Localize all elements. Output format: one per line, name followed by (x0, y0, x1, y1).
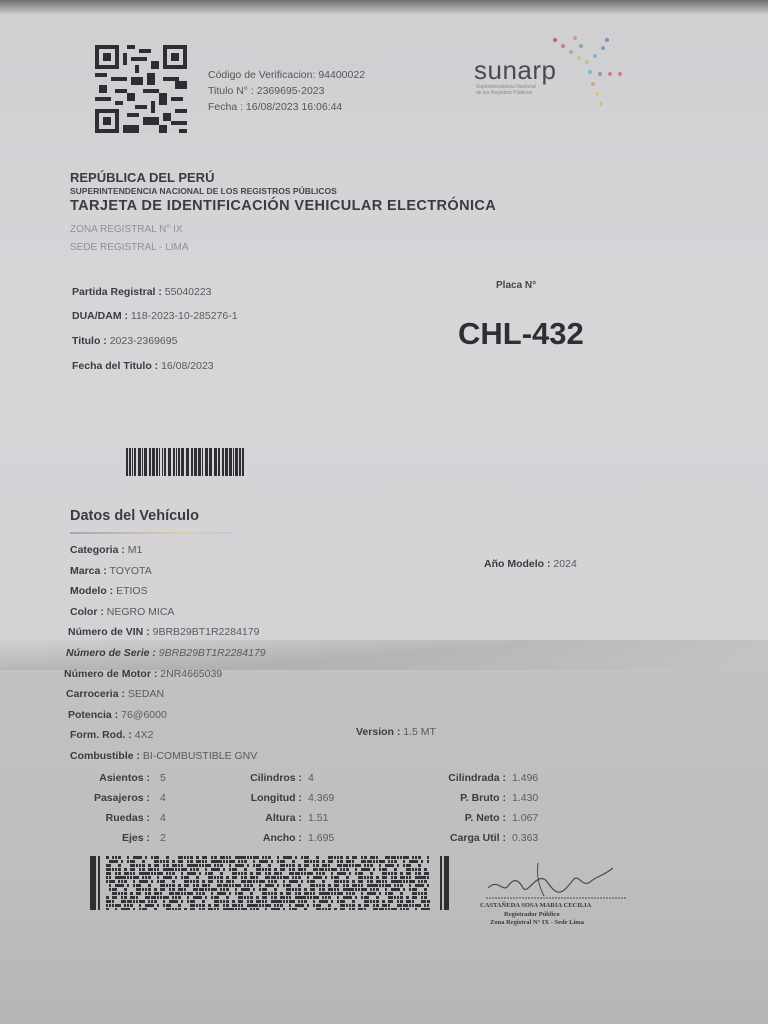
spec-value: 4 (160, 792, 166, 804)
spec-label: Asientos : (99, 772, 150, 784)
field-value: 1.5 MT (403, 726, 436, 738)
field-label: P. Neto : (465, 812, 506, 824)
spec-value: 1.695 (308, 832, 334, 844)
signatory-office: Zona Registral N° IX - Sede Lima (490, 919, 584, 926)
registry-field: DUA/DAM : 118-2023-10-285276-1 (72, 310, 238, 322)
vehicle-field: Combustible : BI-COMBUSTIBLE GNV (70, 750, 257, 762)
field-value: 4.369 (308, 792, 334, 804)
field-value: TOYOTA (110, 565, 152, 577)
field-label: Cilindros : (250, 772, 302, 784)
field-value: M1 (128, 544, 143, 556)
vehicle-field: Número de VIN : 9BRB29BT1R2284179 (68, 626, 259, 638)
field-value: SEDAN (128, 688, 164, 700)
field-label: Longitud : (251, 792, 302, 804)
spec-label: Ancho : (263, 832, 302, 844)
vehicle-field: Número de Motor : 2NR4665039 (64, 668, 222, 680)
registry-field: Fecha del Titulo : 16/08/2023 (72, 360, 214, 372)
year-model-field: Año Modelo : 2024 (484, 558, 577, 570)
field-value: 4 (308, 772, 314, 784)
spec-value: 5 (160, 772, 166, 784)
field-label: Pasajeros : (94, 792, 150, 804)
field-value: 2NR4665039 (160, 668, 222, 680)
field-label: Número de VIN : (68, 626, 150, 638)
field-label: Potencia : (68, 709, 118, 721)
spec-label: Longitud : (251, 792, 302, 804)
field-label: Ruedas : (106, 812, 150, 824)
field-label: P. Bruto : (460, 792, 506, 804)
spec-label: P. Neto : (465, 812, 506, 824)
field-value: 118-2023-10-285276-1 (131, 310, 238, 322)
field-value: 1.51 (308, 812, 328, 824)
field-value: BI-COMBUSTIBLE GNV (143, 750, 257, 762)
field-value: 1.430 (512, 792, 538, 804)
field-label: Año Modelo : (484, 558, 551, 570)
spec-label: P. Bruto : (460, 792, 506, 804)
verification-code: Código de Verificacion: 94400022 (208, 67, 365, 83)
field-value: 2024 (553, 558, 576, 570)
field-value: 4 (160, 812, 166, 824)
vehicle-field: Color : NEGRO MICA (70, 606, 174, 618)
field-value: 2 (160, 832, 166, 844)
vehicle-field: Potencia : 76@6000 (68, 709, 167, 721)
spec-value: 1.430 (512, 792, 538, 804)
pdf417-barcode-icon (90, 856, 450, 910)
field-label: Número de Serie : (66, 647, 156, 659)
field-label: Version : (356, 726, 400, 738)
field-label: Cilindrada : (448, 772, 506, 784)
plate-number: CHL-432 (458, 316, 584, 352)
registry-field: Titulo : 2023-2369695 (72, 335, 177, 347)
field-label: Asientos : (99, 772, 150, 784)
spec-value: 2 (160, 832, 166, 844)
vehicle-field: Carroceria : SEDAN (66, 688, 164, 700)
barcode-icon (126, 448, 244, 476)
field-value: ETIOS (116, 585, 148, 597)
spec-value: 0.363 (512, 832, 538, 844)
field-label: Modelo : (70, 585, 113, 597)
field-value: 1.695 (308, 832, 334, 844)
sunarp-logo: sunarp (474, 55, 557, 86)
spec-label: Cilindros : (250, 772, 302, 784)
field-value: 0.363 (512, 832, 538, 844)
field-label: Ejes : (122, 832, 150, 844)
field-label: Marca : (70, 565, 107, 577)
spec-value: 1.51 (308, 812, 328, 824)
vehicle-id-card-document: Código de Verificacion: 94400022 Titulo … (0, 0, 768, 1024)
spec-value: 1.496 (512, 772, 538, 784)
document-title: TARJETA DE IDENTIFICACIÓN VEHICULAR ELEC… (70, 198, 496, 214)
field-value: 76@6000 (121, 709, 167, 721)
spec-label: Altura : (265, 812, 302, 824)
spec-label: Pasajeros : (94, 792, 150, 804)
field-value: 4 (160, 792, 166, 804)
section-underline (70, 532, 232, 534)
field-label: Altura : (265, 812, 302, 824)
field-label: Carga Util : (450, 832, 506, 844)
field-value: 9BRB29BT1R2284179 (153, 626, 260, 638)
field-value: 9BRB29BT1R2284179 (159, 647, 266, 659)
field-value: NEGRO MICA (107, 606, 175, 618)
field-label: Fecha del Titulo : (72, 360, 158, 372)
field-value: 5 (160, 772, 166, 784)
registry-field: Partida Registral : 55040223 (72, 286, 212, 298)
field-label: Color : (70, 606, 104, 618)
field-label: Combustible : (70, 750, 140, 762)
qr-code-icon (95, 45, 187, 133)
field-label: Form. Rod. : (70, 729, 132, 741)
spec-value: 1.067 (512, 812, 538, 824)
registry-zone: ZONA REGISTRAL N° IX (70, 224, 183, 235)
signatory-name: CASTAÑEDA SOSA MARIA CECILIA (480, 902, 591, 909)
field-value: 1.067 (512, 812, 538, 824)
vehicle-field: Form. Rod. : 4X2 (70, 729, 153, 741)
sunarp-logo-subtitle: Superintendencia Nacional de los Registr… (476, 84, 536, 96)
vehicle-section-title: Datos del Vehículo (70, 508, 199, 524)
spec-label: Cilindrada : (448, 772, 506, 784)
vehicle-field: Número de Serie : 9BRB29BT1R2284179 (66, 647, 266, 659)
spec-value: 4 (160, 812, 166, 824)
vehicle-field: Marca : TOYOTA (70, 565, 152, 577)
version-field: Version : 1.5 MT (356, 726, 436, 738)
spec-label: Ejes : (122, 832, 150, 844)
spec-value: 4.369 (308, 792, 334, 804)
agency-heading: SUPERINTENDENCIA NACIONAL DE LOS REGISTR… (70, 186, 337, 196)
field-label: DUA/DAM : (72, 310, 128, 322)
verification-info: Código de Verificacion: 94400022 Titulo … (208, 67, 365, 115)
field-value: 2023-2369695 (110, 335, 178, 347)
field-value: 4X2 (135, 729, 154, 741)
title-number: Titulo N° : 2369695-2023 (208, 83, 365, 99)
issue-date: Fecha : 16/08/2023 16:06:44 (208, 99, 365, 115)
field-label: Categoria : (70, 544, 125, 556)
country-heading: REPÚBLICA DEL PERÚ (70, 170, 214, 185)
field-value: 1.496 (512, 772, 538, 784)
field-label: Número de Motor : (64, 668, 157, 680)
registry-seat: SEDE REGISTRAL - LIMA (70, 242, 189, 253)
spec-value: 4 (308, 772, 314, 784)
field-label: Carroceria : (66, 688, 125, 700)
field-label: Titulo : (72, 335, 107, 347)
field-label: Partida Registral : (72, 286, 162, 298)
plate-label: Placa N° (496, 280, 536, 291)
field-value: 16/08/2023 (161, 360, 214, 372)
signatory-role: Registrador Público (504, 911, 560, 918)
sunarp-star-logo-icon (545, 32, 625, 112)
spec-label: Ruedas : (106, 812, 150, 824)
paper-edge (0, 0, 768, 14)
logo-subtitle-line: de los Registros Públicos (476, 90, 536, 96)
field-label: Ancho : (263, 832, 302, 844)
vehicle-field: Categoria : M1 (70, 544, 142, 556)
spec-label: Carga Util : (450, 832, 506, 844)
field-value: 55040223 (165, 286, 212, 298)
vehicle-field: Modelo : ETIOS (70, 585, 148, 597)
